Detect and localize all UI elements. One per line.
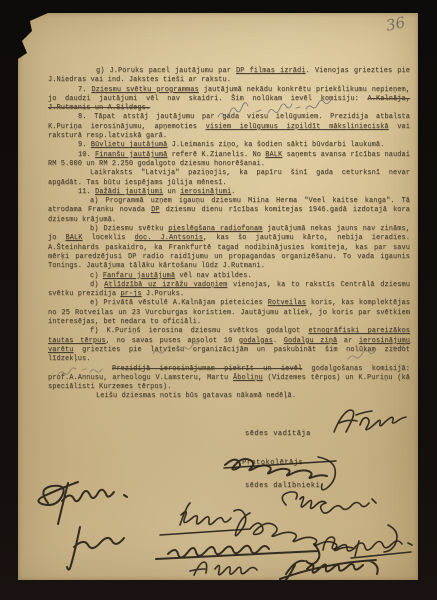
- paragraph: 7. Dziesmu svētku programmas jautājumā n…: [48, 86, 410, 114]
- paragraph: 10. Finanšu jautājumā referē K.Zianelis.…: [48, 151, 410, 170]
- paragraph: Laikraksts "Latvija" paziņojis, ka papīr…: [48, 169, 410, 188]
- paragraph: b) Dziesmu svētku pieslēgšana radiofonam…: [48, 225, 410, 271]
- paragraph: a) Programmā uzņem igauņu dziesmu Miina …: [48, 197, 410, 225]
- scan-background: 36 g) J.Poruks pacel jautājumu par DP fi…: [0, 0, 437, 600]
- paragraph: g) J.Poruks pacel jautājumu par DP filma…: [48, 67, 410, 86]
- document-text: g) J.Poruks pacel jautājumu par DP filma…: [48, 67, 410, 402]
- signature-sedes-vaditaja: [334, 410, 406, 432]
- paragraph: 9. Būvlietu jautājumā J.Leimanis ziņo, k…: [48, 141, 410, 150]
- signatures-participants: [38, 482, 412, 580]
- paragraph: c) Fanfaru jautājumā vēl nav atbildes.: [48, 272, 410, 281]
- paragraph: 11. Dažādi jautājumi un ierosinājumi.: [48, 188, 410, 197]
- paragraph: Prezidijā ierosinājumam piekrīt un ievēl…: [48, 365, 410, 393]
- paragraph: d) Atlīdzībā uz izrāžu vadoņiem vienojas…: [48, 281, 410, 300]
- paragraph: Leišu dziesmas notis būs gatavas nākamā …: [48, 392, 410, 401]
- label-protokoletajs: Protokolētājs: [242, 459, 303, 467]
- label-sedes-vaditaja: sēdes vadītāja: [245, 430, 311, 438]
- document-paper: 36 g) J.Poruks pacel jautājumu par DP fi…: [18, 13, 418, 580]
- paragraph: f) K.Puriņš ierosina dziesmu svētkos god…: [48, 327, 410, 364]
- handwritten-page-number: 36: [384, 13, 406, 35]
- paragraph: 8. Tāpat atstāj jautājumu par gada viesu…: [48, 113, 410, 141]
- paragraph: e) Privātā vēstulē A.Kalnājam pieteicies…: [48, 299, 410, 327]
- label-sedes-dalibnieki: sēdes dalībnieki: [245, 482, 320, 490]
